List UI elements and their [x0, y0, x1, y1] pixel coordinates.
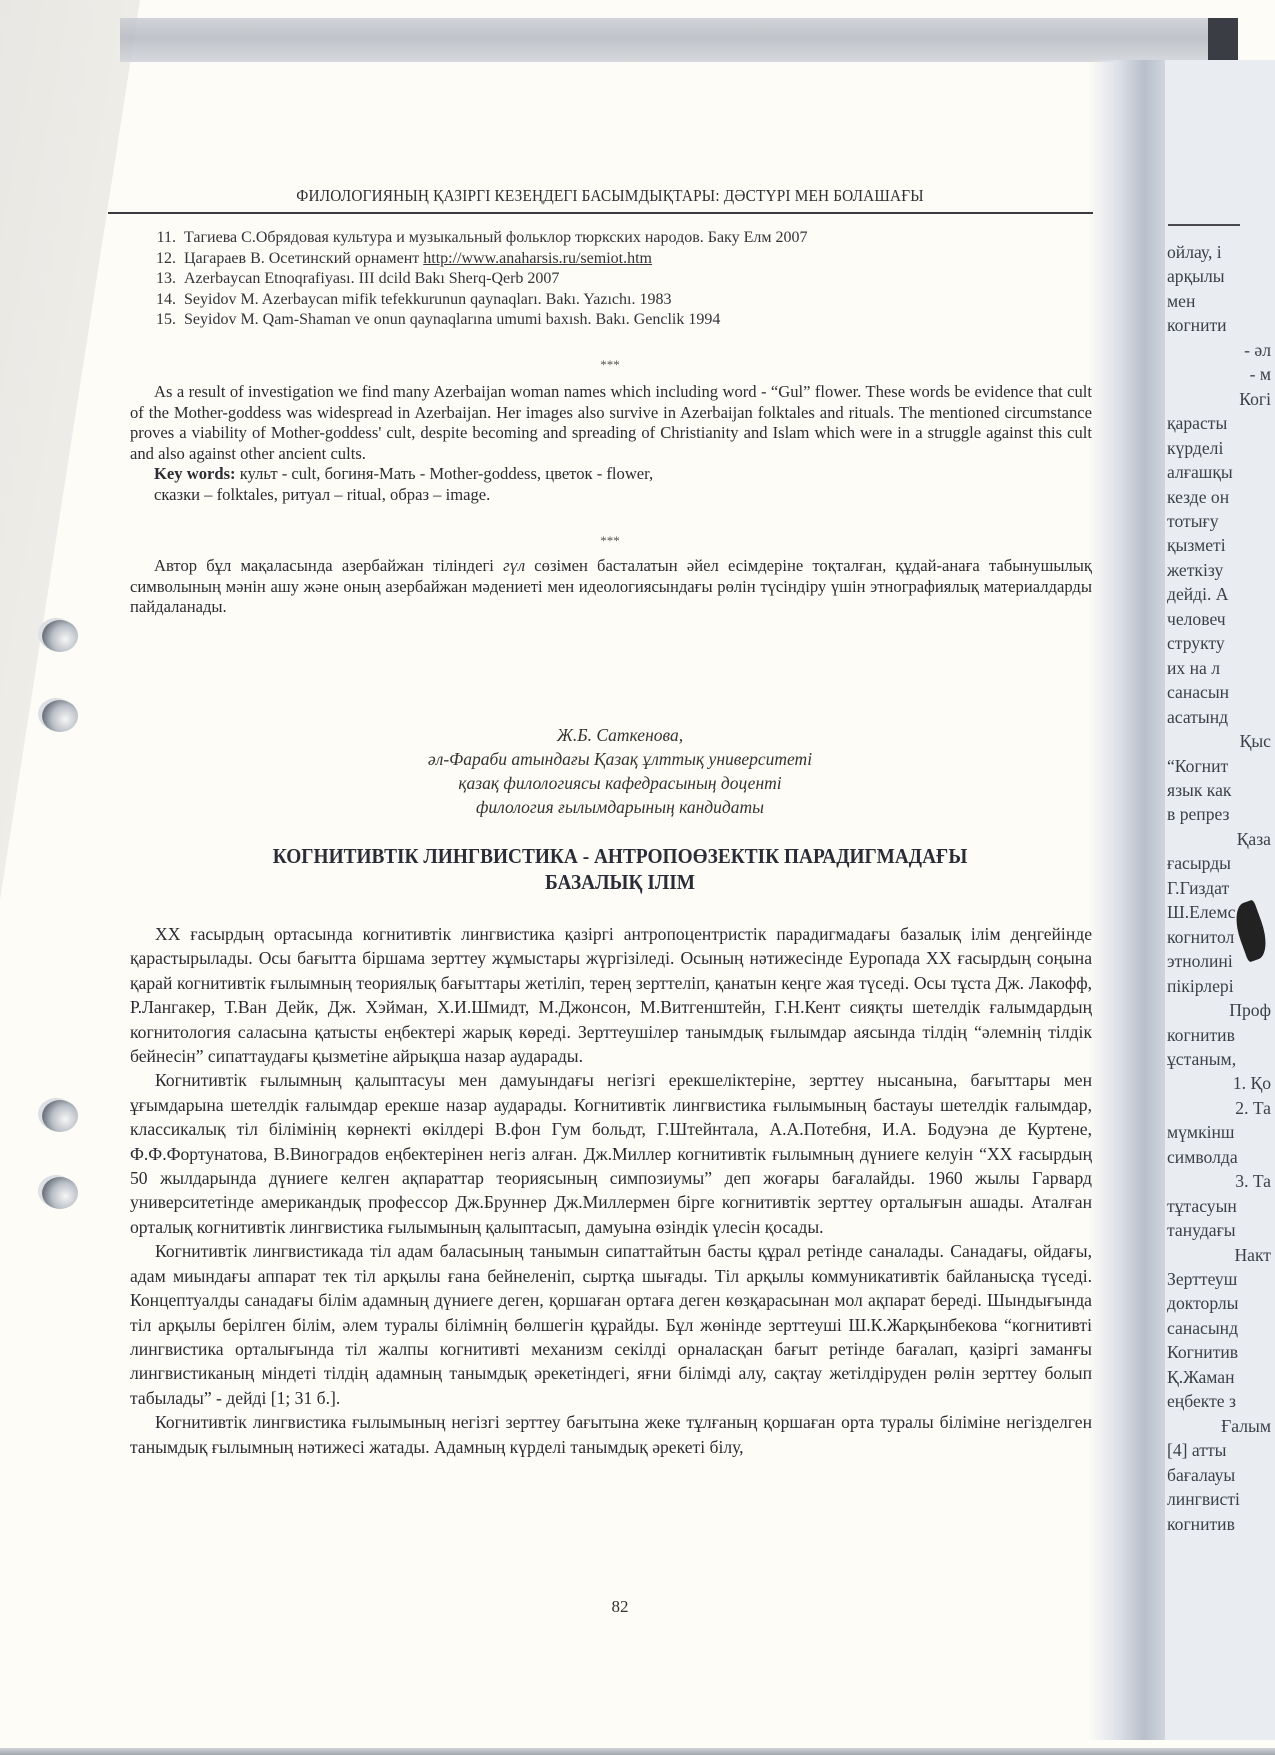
next-page-line: Қаза	[1167, 827, 1275, 851]
reference-text: Seyidov M. Qam-Shaman ve onun qaynaqları…	[184, 311, 720, 328]
next-page-line: 2. Та	[1167, 1096, 1275, 1120]
next-page-line: когнити	[1167, 313, 1275, 337]
next-page-line: когнитив	[1167, 1512, 1275, 1536]
reference-text: Цагараев В. Осетинский орнамент	[184, 250, 423, 267]
next-page-header-rule	[1168, 224, 1240, 226]
next-page-line: еңбекте з	[1167, 1389, 1275, 1413]
punch-hole-icon	[42, 1100, 78, 1132]
next-page-line: мен	[1167, 289, 1275, 313]
reference-text: Seyidov M. Azerbaycan mifik tefekkurunun…	[184, 291, 671, 308]
next-page-line: человеч	[1167, 607, 1275, 631]
reference-item: 14.Seyidov M. Azerbaycan mifik tefekkuru…	[142, 290, 1082, 311]
next-page-line: 3. Та	[1167, 1169, 1275, 1193]
text-span: Автор бұл мақаласында азербайжан тілінде…	[154, 556, 503, 575]
next-page-line: их на л	[1167, 656, 1275, 680]
section-separator: ***	[130, 357, 1090, 373]
kazakh-abstract: Автор бұл мақаласында азербайжан тілінде…	[130, 556, 1092, 618]
next-page-line: тұтасуын	[1167, 1194, 1275, 1218]
section-separator: ***	[130, 533, 1090, 549]
reference-list: 11.Тагиева С.Обрядовая культура и музыка…	[142, 228, 1082, 331]
punch-hole-icon	[42, 620, 78, 652]
article-title-line: БАЗАЛЫҚ ІЛІМ	[197, 869, 1043, 895]
next-page-line: докторлы	[1167, 1291, 1275, 1315]
reference-item: 13.Azerbaycan Etnoqrafiyası. III dcild B…	[142, 269, 1082, 290]
next-page-line: - әл	[1167, 338, 1275, 362]
next-page-line: пікірлері	[1167, 974, 1275, 998]
body-paragraph: Когнитивтік лингвистикада тіл адам балас…	[130, 1239, 1092, 1410]
next-page-line: - м	[1167, 362, 1275, 386]
next-page-line: “Когнит	[1167, 754, 1275, 778]
page-number: 82	[590, 1597, 650, 1617]
next-page-line: Когнитив	[1167, 1340, 1275, 1364]
next-page-line: асатынд	[1167, 705, 1275, 729]
reference-text: Тагиева С.Обрядовая культура и музыкальн…	[184, 229, 807, 246]
keywords-continued: сказки – folktales, ритуал – ritual, обр…	[130, 485, 1092, 506]
next-page-line: қызметі	[1167, 533, 1275, 557]
reference-number: 13.	[142, 269, 176, 290]
next-page-line: танудағы	[1167, 1218, 1275, 1242]
next-page-line: санасынд	[1167, 1316, 1275, 1340]
next-page-line: лингвисті	[1167, 1487, 1275, 1511]
next-page-line: ұстаным,	[1167, 1047, 1275, 1071]
next-page-line: жеткізу	[1167, 558, 1275, 582]
keywords-label: Key words:	[154, 464, 236, 483]
italic-term: гүл	[503, 556, 525, 575]
next-page-fragment: ойлау, іарқылыменкогнити- әл- мКогіқарас…	[1167, 240, 1275, 1536]
next-page-line: 1. Қо	[1167, 1071, 1275, 1095]
next-page-line: кезде он	[1167, 485, 1275, 509]
author-position: қазақ филологиясы кафедрасының доценті	[180, 771, 1060, 795]
reference-number: 11.	[142, 228, 176, 249]
keywords-line: культ - cult, богиня-Мать - Mother-godde…	[236, 464, 654, 483]
next-page-line: Ғалым	[1167, 1414, 1275, 1438]
body-paragraph: Когнитивтік ғылымның қалыптасуы мен даму…	[130, 1068, 1092, 1239]
next-page-line: ойлау, і	[1167, 240, 1275, 264]
author-block: Ж.Б. Саткенова, әл-Фараби атындағы Қазақ…	[180, 723, 1060, 819]
next-page-line: Г.Гиздат	[1167, 876, 1275, 900]
header-rule	[108, 212, 1093, 214]
body-paragraph: Когнитивтік лингвистика ғылымының негізг…	[130, 1410, 1092, 1459]
next-page-line: Қ.Жаман	[1167, 1365, 1275, 1389]
body-paragraph: XX ғасырдың ортасында когнитивтік лингви…	[130, 922, 1092, 1068]
next-page-line: язык как	[1167, 778, 1275, 802]
reference-item: 11.Тагиева С.Обрядовая культура и музыка…	[142, 228, 1082, 249]
running-header: ФИЛОЛОГИЯНЫҢ ҚАЗІРГІ КЕЗЕҢДЕГІ БАСЫМДЫҚТ…	[178, 186, 1042, 206]
reference-number: 12.	[142, 249, 176, 270]
scan-shadow-left	[0, 0, 160, 1755]
next-page-line: Зерттеуш	[1167, 1267, 1275, 1291]
next-page-line: күрделі	[1167, 436, 1275, 460]
article-title-line: КОГНИТИВТІК ЛИНГВИСТИКА - АНТРОПОӨЗЕКТІК…	[197, 843, 1043, 869]
next-page-line: [4] атты	[1167, 1438, 1275, 1462]
next-page-line: символда	[1167, 1145, 1275, 1169]
scan-shadow-top	[120, 18, 1220, 62]
next-page-line: бағалауы	[1167, 1463, 1275, 1487]
next-page-line: дейді. А	[1167, 582, 1275, 606]
reference-item: 12.Цагараев В. Осетинский орнамент http:…	[142, 249, 1082, 270]
scan-bottom-edge	[0, 1748, 1275, 1755]
next-page-line: санасын	[1167, 680, 1275, 704]
article-title: КОГНИТИВТІК ЛИНГВИСТИКА - АНТРОПОӨЗЕКТІК…	[197, 843, 1043, 895]
next-page-line: Қыс	[1167, 729, 1275, 753]
reference-item: 15.Seyidov M. Qam-Shaman ve onun qaynaql…	[142, 310, 1082, 331]
next-page-line: Проф	[1167, 998, 1275, 1022]
next-page-line: Накт	[1167, 1243, 1275, 1267]
next-page-line: арқылы	[1167, 264, 1275, 288]
article-body: XX ғасырдың ортасында когнитивтік лингви…	[130, 922, 1092, 1459]
abstract-text: As a result of investigation we find man…	[130, 382, 1092, 464]
next-page-line: в репрез	[1167, 802, 1275, 826]
next-page-line: қарасты	[1167, 411, 1275, 435]
keywords: Key words: культ - cult, богиня-Мать - M…	[130, 464, 1092, 485]
next-page-line: ғасырды	[1167, 851, 1275, 875]
author-degree: филология ғылымдарының кандидаты	[180, 795, 1060, 819]
reference-text: Azerbaycan Etnoqrafiyası. III dcild Bakı…	[184, 270, 559, 287]
punch-hole-icon	[42, 1177, 78, 1209]
reference-link[interactable]: http://www.anaharsis.ru/semiot.htm	[423, 250, 652, 267]
next-page-line: Когі	[1167, 387, 1275, 411]
next-page-line: алғашқы	[1167, 460, 1275, 484]
next-page-line: когнитив	[1167, 1023, 1275, 1047]
next-page-line: мүмкінш	[1167, 1120, 1275, 1144]
author-affiliation: әл-Фараби атындағы Қазақ ұлттық универси…	[180, 747, 1060, 771]
reference-number: 14.	[142, 290, 176, 311]
english-abstract: As a result of investigation we find man…	[130, 382, 1092, 505]
next-page-line: тотығу	[1167, 509, 1275, 533]
next-page-line: структу	[1167, 631, 1275, 655]
punch-hole-icon	[42, 700, 78, 732]
scan-dark-corner	[1208, 18, 1238, 62]
author-name: Ж.Б. Саткенова,	[180, 723, 1060, 747]
book-gutter-shadow	[1088, 60, 1168, 1740]
reference-number: 15.	[142, 310, 176, 331]
kazakh-abstract-text: Автор бұл мақаласында азербайжан тілінде…	[130, 556, 1092, 618]
